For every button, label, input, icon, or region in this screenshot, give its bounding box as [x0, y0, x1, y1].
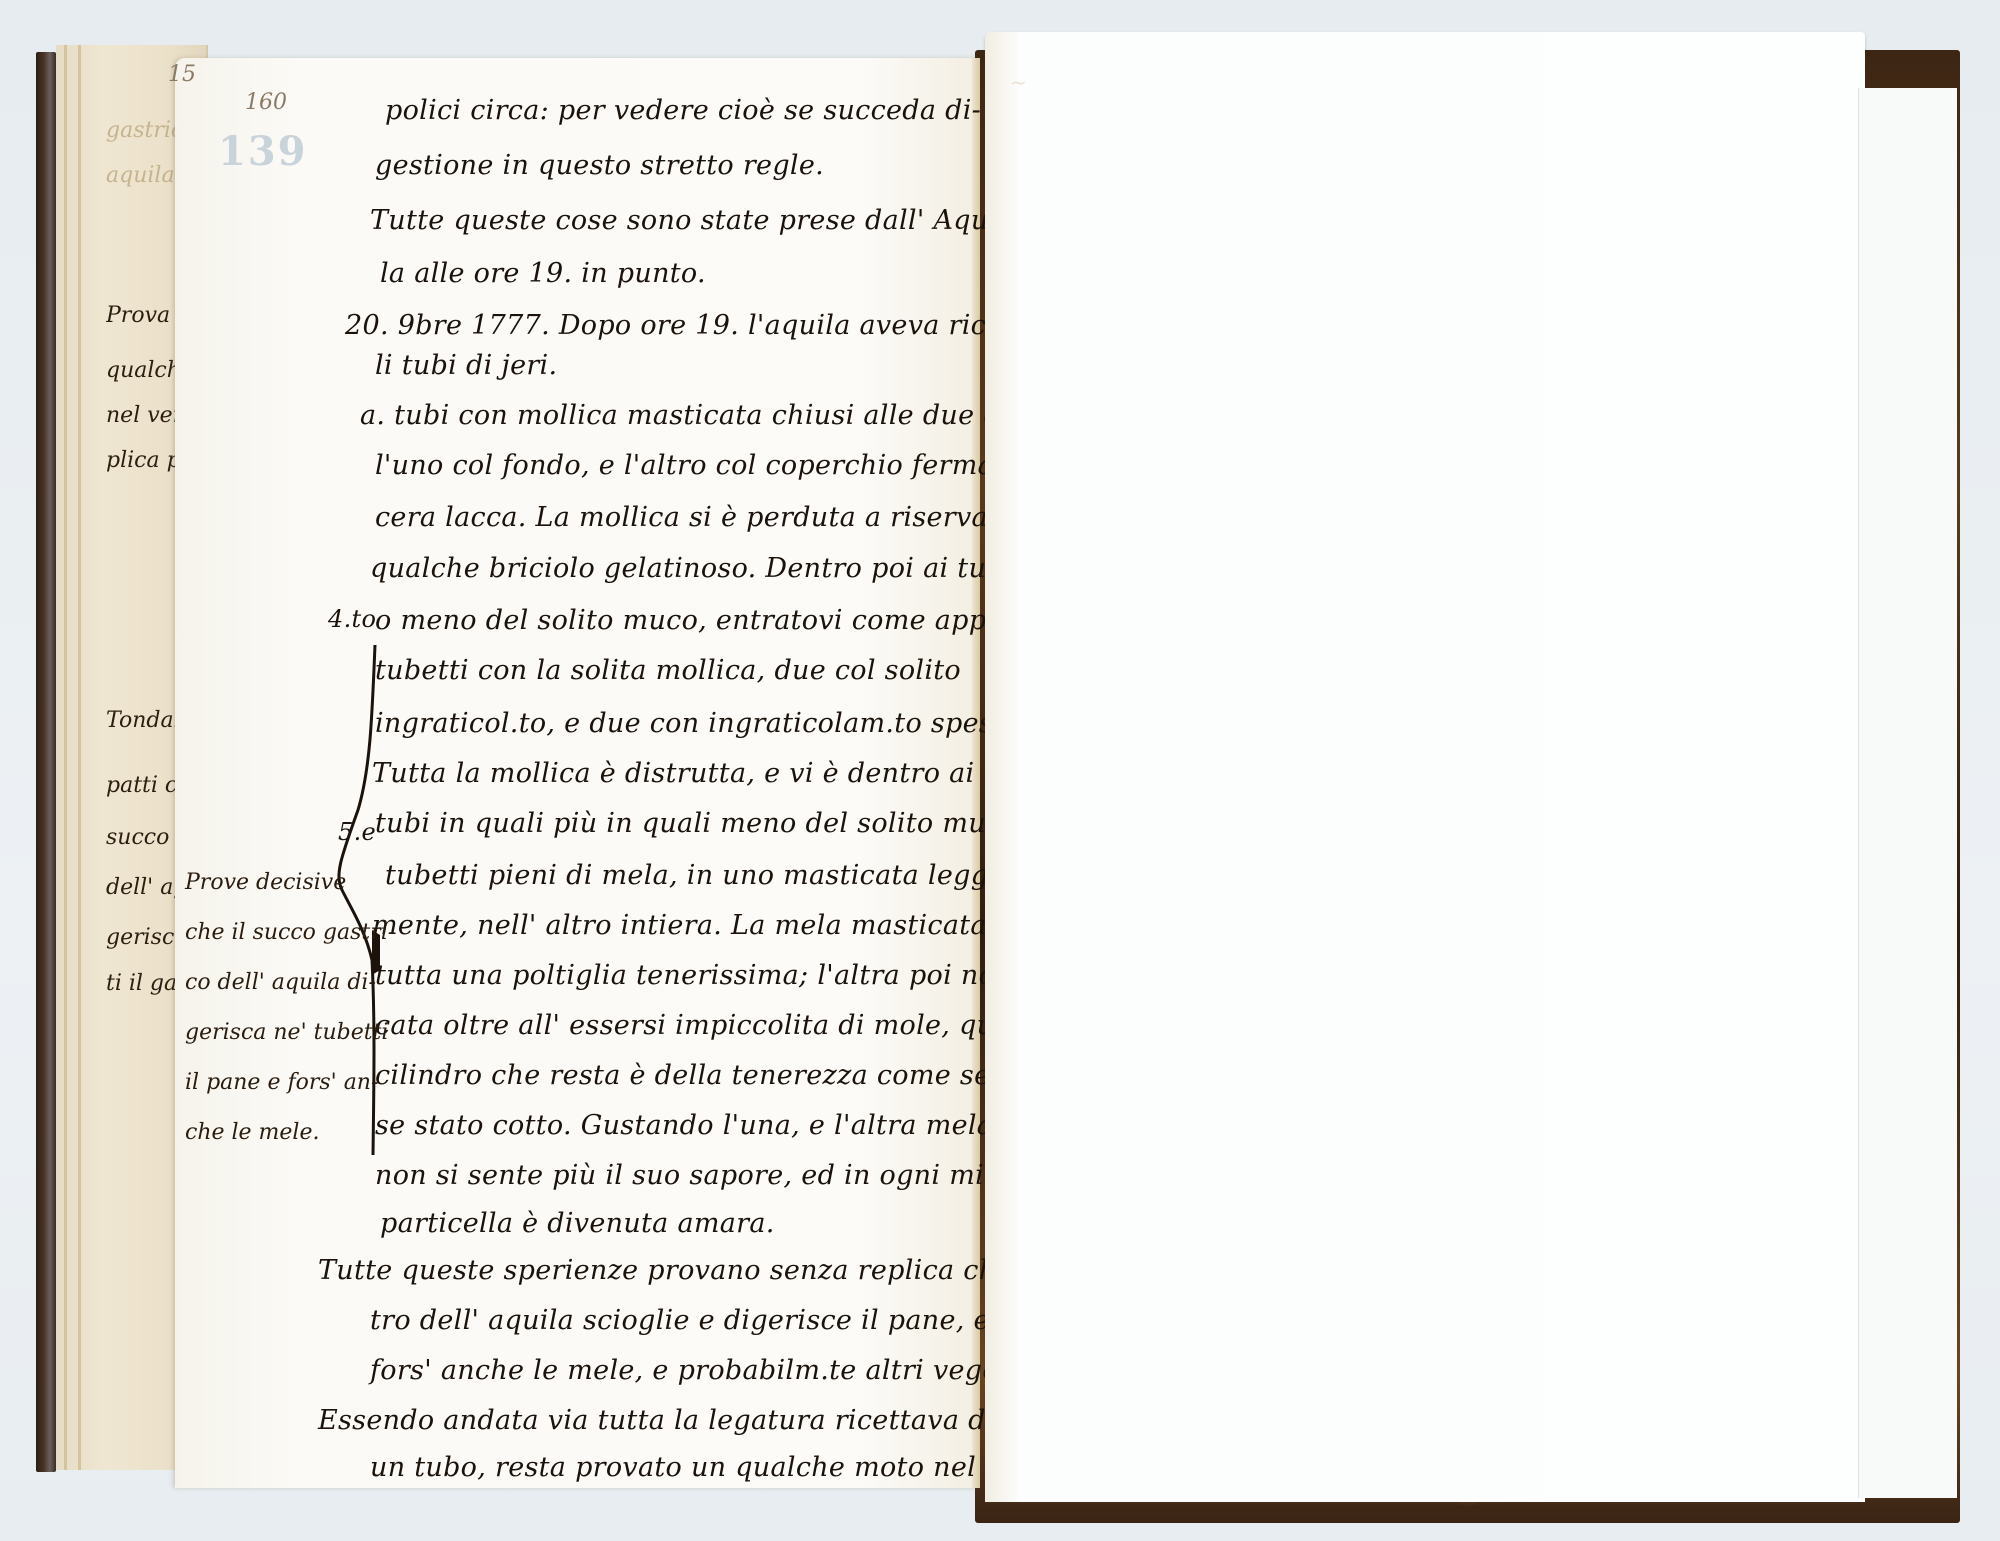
- text-line: 20. 9bre 1777. Dopo ore 19. l'aquila ave…: [345, 310, 1054, 341]
- text-line: cera lacca. La mollica si è perduta a ri…: [375, 502, 1023, 533]
- margin-note-line: il pane e fors' an-: [185, 1058, 395, 1108]
- margin-mark: 4.to: [328, 605, 376, 633]
- text-line: Essendo andata via tutta la legatura ric…: [318, 1405, 1002, 1436]
- margin-note-line: che il succo gastri-: [185, 908, 395, 958]
- text-line: Tutta la mollica è distrutta, e vi è den…: [372, 758, 974, 789]
- text-line: cata oltre all' essersi impiccolita di m…: [375, 1010, 1020, 1041]
- margin-note-line: gerisca ne' tubetti: [185, 1008, 395, 1058]
- text-line: particella è divenuta amara.: [380, 1208, 775, 1239]
- margin-note: Prove decisive che il succo gastri- co d…: [185, 858, 395, 1158]
- leaf-edge: [64, 45, 67, 1470]
- text-line: gestione in questo stretto regle.: [375, 150, 824, 181]
- folio-number: 160: [245, 90, 287, 115]
- text-line: tubetti con la solita mollica, due col s…: [375, 655, 961, 686]
- text-line: se stato cotto. Gustando l'una, e l'altr…: [375, 1110, 1002, 1141]
- folio-number: 15: [168, 62, 196, 87]
- stamp-number: 139: [218, 128, 308, 175]
- text-line: non si sente più il suo sapore, ed in og…: [375, 1160, 1053, 1191]
- text-line: l'uno col fondo, e l'altro col coperchio…: [375, 450, 1080, 481]
- leaf-edge: [78, 45, 81, 1470]
- text-line: mente, nell' altro intiera. La mela mast…: [372, 910, 1044, 941]
- text-line: li tubi di jeri.: [375, 350, 557, 381]
- margin-note-line: co dell' aquila di-: [185, 958, 395, 1008]
- text-line: tubi in quali più in quali meno del soli…: [375, 808, 1026, 839]
- book-spine-left: [36, 52, 56, 1472]
- margin-note-line: che le mele.: [185, 1108, 395, 1158]
- bleed-through-text: ~: [1010, 70, 1027, 94]
- text-line: polici circa: per vedere cioè se succeda…: [385, 95, 981, 126]
- margin-note-line: Prove decisive: [185, 858, 395, 908]
- blank-page: [985, 32, 1865, 1502]
- text-line: un tubo, resta provato un qualche moto n…: [370, 1452, 1090, 1483]
- text-line: fors' anche le mele, e probabilm.te altr…: [370, 1355, 1071, 1386]
- text-line: tubetti pieni di mela, in uno masticata …: [385, 860, 1036, 891]
- text-line: cilindro che resta è della tenerezza com…: [375, 1060, 1050, 1091]
- text-line: tro dell' aquila scioglie e digerisce il…: [370, 1305, 990, 1336]
- text-line: la alle ore 19. in punto.: [380, 258, 706, 289]
- endpaper: [1858, 88, 1957, 1498]
- text-line: Tutte queste cose sono state prese dall'…: [370, 205, 1007, 236]
